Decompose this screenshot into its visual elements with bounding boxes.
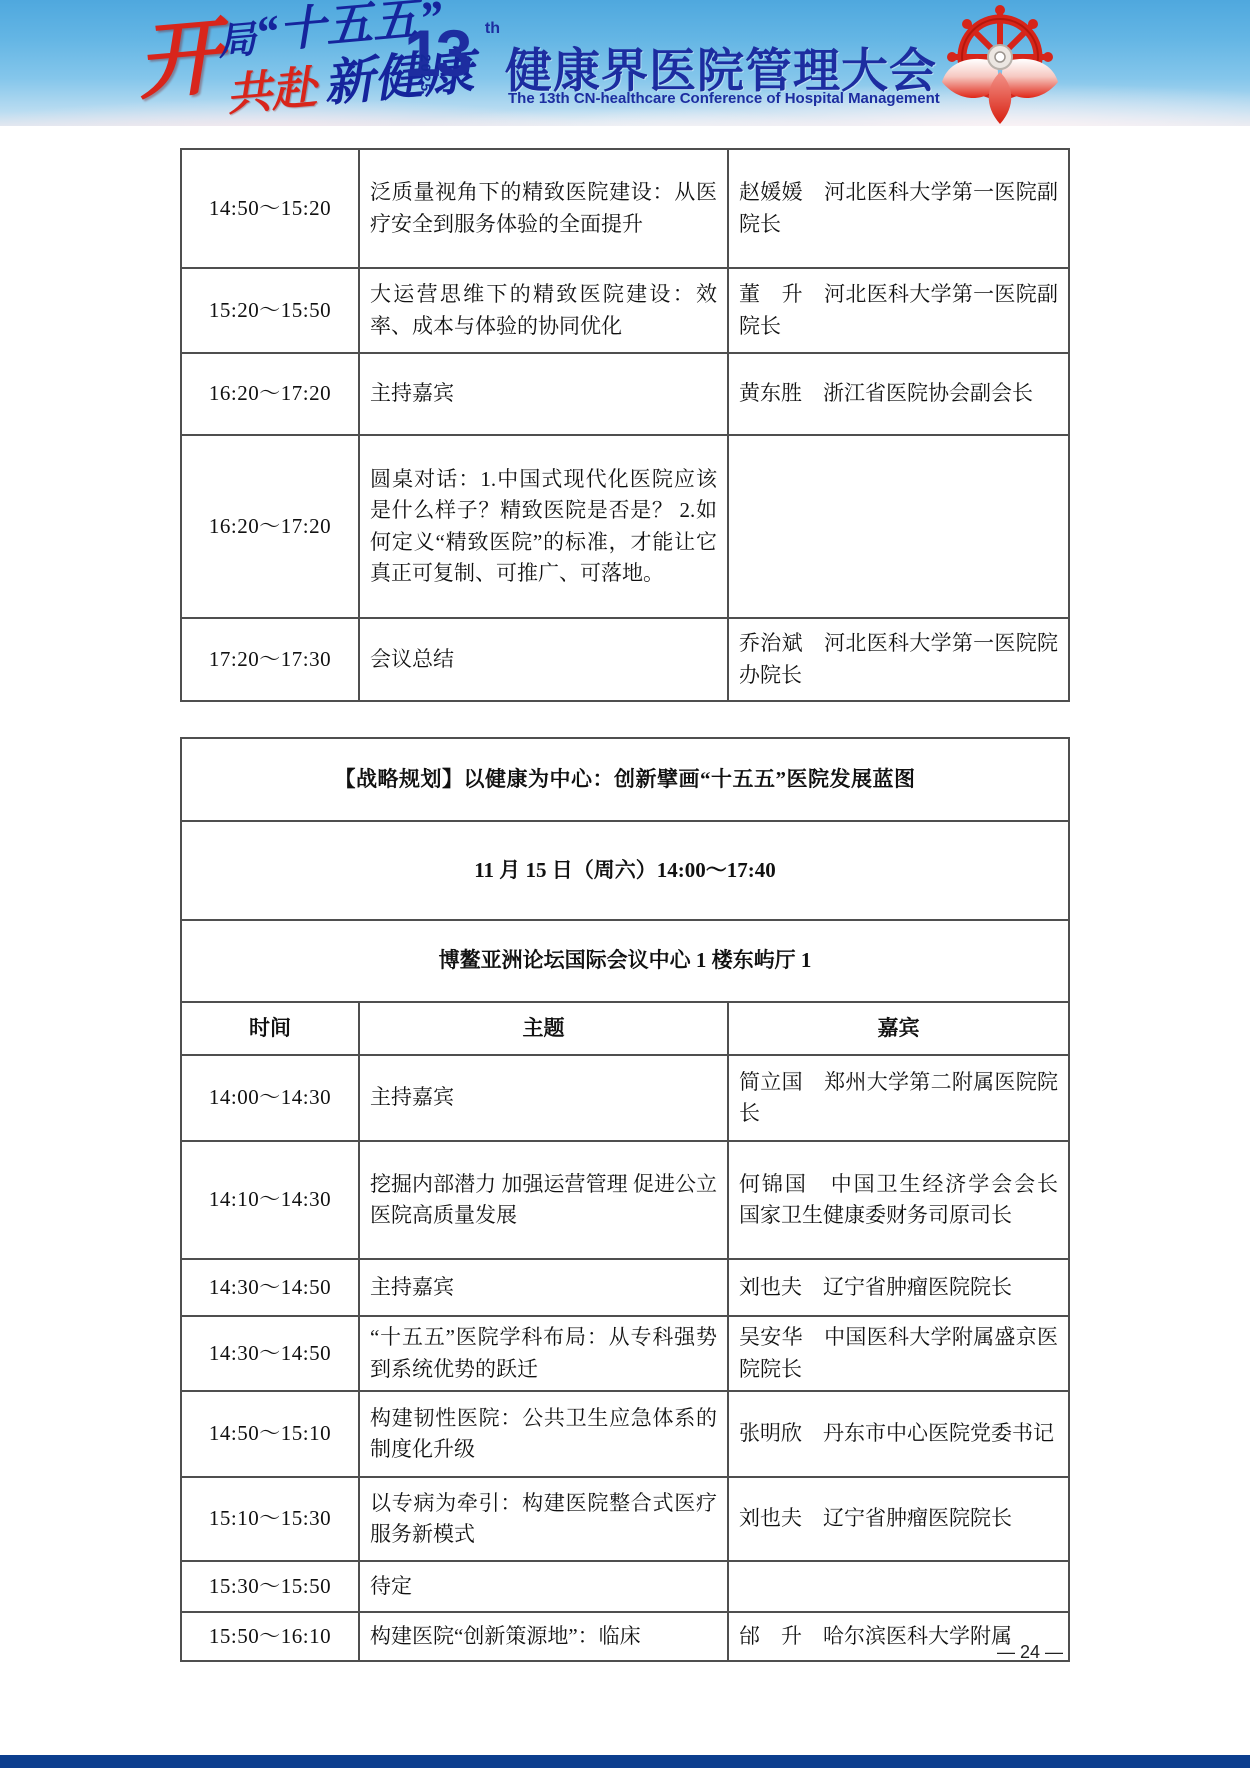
topic-cell: 主持嘉宾 bbox=[359, 353, 728, 435]
table-row: 14:50～15:10 构建韧性医院：公共卫生应急体系的制度化升级 张明欣 丹东… bbox=[181, 1391, 1069, 1477]
table-row: 16:20～17:20 圆桌对话：1.中国式现代化医院应该是什么样子？精致医院是… bbox=[181, 435, 1069, 618]
slogan-kai: 开 bbox=[134, 16, 225, 107]
topic-cell: 大运营思维下的精致医院建设：效率、成本与体验的协同优化 bbox=[359, 268, 728, 353]
logo-year: 2025 bbox=[418, 54, 434, 93]
guest-cell: 黄东胜 浙江省医院协会副会长 bbox=[728, 353, 1069, 435]
time-cell: 14:30～14:50 bbox=[181, 1259, 359, 1316]
slogan-gongfu: 共赴 bbox=[225, 66, 319, 119]
guest-cell: 简立国 郑州大学第二附属医院院长 bbox=[728, 1055, 1069, 1141]
guest-cell: 赵媛媛 河北医科大学第一医院副院长 bbox=[728, 149, 1069, 268]
time-cell: 14:50～15:20 bbox=[181, 149, 359, 268]
topic-cell: 构建医院“创新策源地”：临床 bbox=[359, 1612, 728, 1661]
table-row: 14:30～14:50 主持嘉宾 刘也夫 辽宁省肿瘤医院院长 bbox=[181, 1259, 1069, 1316]
table-row: 14:10～14:30 挖掘内部潜力 加强运营管理 促进公立医院高质量发展 何锦… bbox=[181, 1141, 1069, 1259]
section-date-row: 11 月 15 日（周六）14:00～17:40 bbox=[181, 821, 1069, 920]
time-cell: 14:10～14:30 bbox=[181, 1141, 359, 1259]
guest-cell: 刘也夫 辽宁省肿瘤医院院长 bbox=[728, 1477, 1069, 1561]
guest-cell: 何锦国 中国卫生经济学会会长 国家卫生健康委财务司原司长 bbox=[728, 1141, 1069, 1259]
table-row: 15:30～15:50 待定 bbox=[181, 1561, 1069, 1612]
table-row: 14:00～14:30 主持嘉宾 简立国 郑州大学第二附属医院院长 bbox=[181, 1055, 1069, 1141]
page-number: — 24 — bbox=[970, 1642, 1090, 1663]
slogan-ju: 局 bbox=[216, 21, 257, 62]
guest-cell: 董 升 河北医科大学第一医院副院长 bbox=[728, 268, 1069, 353]
logo-th-suffix: th bbox=[485, 20, 500, 38]
guest-cell: 乔治斌 河北医科大学第一医院院办院长 bbox=[728, 618, 1069, 701]
header-guest: 嘉宾 bbox=[728, 1002, 1069, 1055]
time-cell: 15:30～15:50 bbox=[181, 1561, 359, 1612]
section-title: 【战略规划】以健康为中心：创新擘画“十五五”医院发展蓝图 bbox=[181, 738, 1069, 821]
topic-cell: 以专病为牵引：构建医院整合式医疗服务新模式 bbox=[359, 1477, 728, 1561]
agenda-table-strategic-planning: 【战略规划】以健康为中心：创新擘画“十五五”医院发展蓝图 11 月 15 日（周… bbox=[180, 737, 1070, 1662]
ship-wheel-icon bbox=[900, 2, 1100, 126]
section-venue: 博鳌亚洲论坛国际会议中心 1 楼东屿厅 1 bbox=[181, 920, 1069, 1002]
section-title-row: 【战略规划】以健康为中心：创新擘画“十五五”医院发展蓝图 bbox=[181, 738, 1069, 821]
logo-number: 13 bbox=[404, 20, 467, 86]
bottom-bar bbox=[0, 1755, 1250, 1768]
time-cell: 17:20～17:30 bbox=[181, 618, 359, 701]
guest-cell: 刘也夫 辽宁省肿瘤医院院长 bbox=[728, 1259, 1069, 1316]
time-cell: 15:50～16:10 bbox=[181, 1612, 359, 1661]
section-datetime: 11 月 15 日（周六）14:00～17:40 bbox=[181, 821, 1069, 920]
table-row: 15:10～15:30 以专病为牵引：构建医院整合式医疗服务新模式 刘也夫 辽宁… bbox=[181, 1477, 1069, 1561]
header-time: 时间 bbox=[181, 1002, 359, 1055]
guest-cell bbox=[728, 1561, 1069, 1612]
conference-title-en: The 13th CN-healthcare Conference of Hos… bbox=[508, 90, 940, 107]
section-venue-row: 博鳌亚洲论坛国际会议中心 1 楼东屿厅 1 bbox=[181, 920, 1069, 1002]
topic-cell: 主持嘉宾 bbox=[359, 1055, 728, 1141]
time-cell: 14:30～14:50 bbox=[181, 1316, 359, 1391]
time-cell: 16:20～17:20 bbox=[181, 435, 359, 618]
guest-cell: 张明欣 丹东市中心医院党委书记 bbox=[728, 1391, 1069, 1477]
topic-cell: 挖掘内部潜力 加强运营管理 促进公立医院高质量发展 bbox=[359, 1141, 728, 1259]
topic-cell: 泛质量视角下的精致医院建设：从医疗安全到服务体验的全面提升 bbox=[359, 149, 728, 268]
time-cell: 15:10～15:30 bbox=[181, 1477, 359, 1561]
time-cell: 14:00～14:30 bbox=[181, 1055, 359, 1141]
time-cell: 15:20～15:50 bbox=[181, 268, 359, 353]
time-cell: 14:50～15:10 bbox=[181, 1391, 359, 1477]
banner: 开 局 “十五五” 共赴 新健康 13 th 2025 健康界医院管理大会 Th… bbox=[0, 0, 1250, 126]
table-row: 15:20～15:50 大运营思维下的精致医院建设：效率、成本与体验的协同优化 … bbox=[181, 268, 1069, 353]
guest-cell: 吴安华 中国医科大学附属盛京医院院长 bbox=[728, 1316, 1069, 1391]
topic-cell: “十五五”医院学科布局：从专科强势到系统优势的跃迁 bbox=[359, 1316, 728, 1391]
table-row: 14:30～14:50 “十五五”医院学科布局：从专科强势到系统优势的跃迁 吴安… bbox=[181, 1316, 1069, 1391]
table-row: 14:50～15:20 泛质量视角下的精致医院建设：从医疗安全到服务体验的全面提… bbox=[181, 149, 1069, 268]
guest-cell bbox=[728, 435, 1069, 618]
topic-cell: 圆桌对话：1.中国式现代化医院应该是什么样子？精致医院是否是？ 2.如何定义“精… bbox=[359, 435, 728, 618]
table-row: 17:20～17:30 会议总结 乔治斌 河北医科大学第一医院院办院长 bbox=[181, 618, 1069, 701]
topic-cell: 构建韧性医院：公共卫生应急体系的制度化升级 bbox=[359, 1391, 728, 1477]
agenda-table-top: 14:50～15:20 泛质量视角下的精致医院建设：从医疗安全到服务体验的全面提… bbox=[180, 148, 1070, 702]
table-row: 16:20～17:20 主持嘉宾 黄东胜 浙江省医院协会副会长 bbox=[181, 353, 1069, 435]
header-topic: 主题 bbox=[359, 1002, 728, 1055]
topic-cell: 待定 bbox=[359, 1561, 728, 1612]
table-header-row: 时间 主题 嘉宾 bbox=[181, 1002, 1069, 1055]
topic-cell: 主持嘉宾 bbox=[359, 1259, 728, 1316]
time-cell: 16:20～17:20 bbox=[181, 353, 359, 435]
topic-cell: 会议总结 bbox=[359, 618, 728, 701]
table-row: 15:50～16:10 构建医院“创新策源地”：临床 邰 升 哈尔滨医科大学附属 bbox=[181, 1612, 1069, 1661]
logo-13th: 13 th 2025 bbox=[404, 20, 496, 118]
